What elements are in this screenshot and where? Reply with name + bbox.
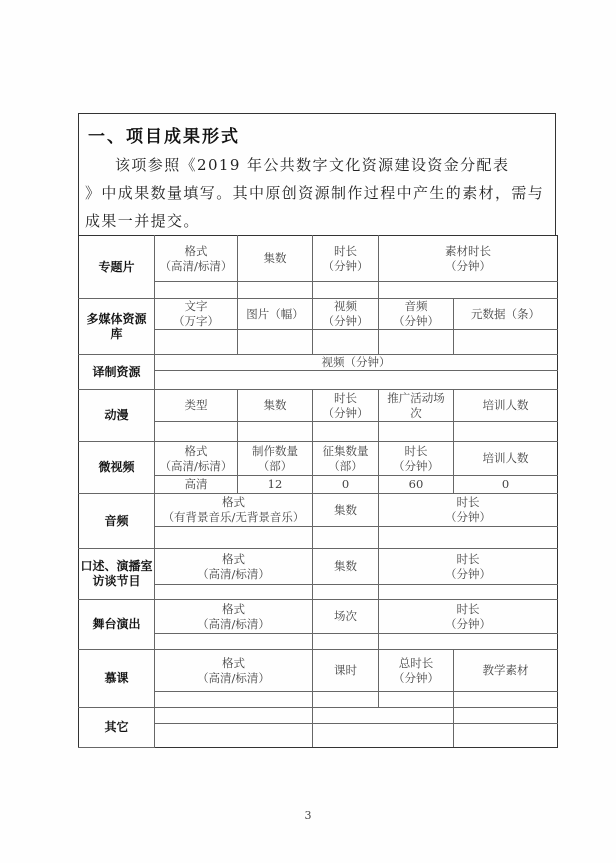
input-cell[interactable] xyxy=(238,282,313,299)
header-promotion-events: 推广活动场次 xyxy=(379,390,454,422)
input-cell[interactable] xyxy=(454,708,558,724)
input-cell[interactable] xyxy=(379,330,454,355)
section-title: 一、项目成果形式 xyxy=(88,122,240,147)
header-produced-count: 制作数量（部） xyxy=(238,442,313,476)
header-format: 格式（高清/标清） xyxy=(155,600,313,634)
input-cell[interactable] xyxy=(454,422,558,442)
header-duration: 时长（分钟） xyxy=(379,442,454,476)
input-cell[interactable] xyxy=(313,527,379,549)
header-type: 类型 xyxy=(155,390,238,422)
row-koushu-header: 口述、演播室访谈节目 格式（高清/标清） 集数 时长（分钟） xyxy=(79,549,558,585)
input-cell[interactable] xyxy=(454,692,558,708)
input-cell[interactable] xyxy=(313,282,379,299)
input-cell[interactable] xyxy=(313,692,379,708)
header-audio: 音频（分钟） xyxy=(379,299,454,330)
header-format: 格式（高清/标清） xyxy=(155,442,238,476)
input-cell[interactable] xyxy=(155,585,313,600)
row-yinpin-header: 音频 格式（有背景音乐/无背景音乐） 集数 时长（分钟） xyxy=(79,494,558,527)
header-total-duration: 总时长（分钟） xyxy=(379,650,454,692)
input-cell[interactable] xyxy=(313,708,454,724)
header-duration: 时长（分钟） xyxy=(313,236,379,282)
input-cell[interactable] xyxy=(313,585,379,600)
paragraph-line-2: 》中成果数量填写。其中原创资源制作过程中产生的素材，需与 xyxy=(85,184,544,202)
header-duration: 时长（分钟） xyxy=(313,390,379,422)
header-format: 格式（高清/标清） xyxy=(155,549,313,585)
header-format: 格式（高清/标清） xyxy=(155,650,313,692)
header-video-minutes: 视频（分钟） xyxy=(155,355,558,371)
page-number: 3 xyxy=(0,809,616,822)
paragraph-line-3: 成果一并提交。 xyxy=(85,212,200,230)
header-images: 图片（幅） xyxy=(238,299,313,330)
section-paragraph: 该项参照《2019 年公共数字文化资源建设资金分配表 》中成果数量填写。其中原创… xyxy=(85,151,551,235)
input-cell[interactable] xyxy=(238,422,313,442)
header-episodes: 集数 xyxy=(238,390,313,422)
input-cell[interactable] xyxy=(313,330,379,355)
section-header-box: 一、项目成果形式 该项参照《2019 年公共数字文化资源建设资金分配表 》中成果… xyxy=(78,113,556,235)
value-produced-count[interactable]: 12 xyxy=(238,476,313,494)
header-format: 格式（高清/标清） xyxy=(155,236,238,282)
row-zhuantipian-header: 专题片 格式（高清/标清） 集数 时长（分钟） 素材时长（分钟） xyxy=(79,236,558,282)
input-cell[interactable] xyxy=(155,422,238,442)
input-cell[interactable] xyxy=(155,692,313,708)
header-text: 文字（万字） xyxy=(155,299,238,330)
input-cell[interactable] xyxy=(379,634,558,650)
header-collected-count: 征集数量（部） xyxy=(313,442,379,476)
input-cell[interactable] xyxy=(379,527,558,549)
results-form-table: 专题片 格式（高清/标清） 集数 时长（分钟） 素材时长（分钟） 多媒体资源库 … xyxy=(78,235,558,748)
input-cell[interactable] xyxy=(155,282,238,299)
header-episodes: 集数 xyxy=(238,236,313,282)
header-sessions: 场次 xyxy=(313,600,379,634)
header-video: 视频（分钟） xyxy=(313,299,379,330)
label-dongman: 动漫 xyxy=(79,390,155,442)
row-wutai-header: 舞台演出 格式（高清/标清） 场次 时长（分钟） xyxy=(79,600,558,634)
input-cell[interactable] xyxy=(238,330,313,355)
input-cell[interactable] xyxy=(155,371,558,390)
header-duration: 时长（分钟） xyxy=(379,549,558,585)
row-dongman-header: 动漫 类型 集数 时长（分钟） 推广活动场次 培训人数 xyxy=(79,390,558,422)
header-trainees: 培训人数 xyxy=(454,390,558,422)
input-cell[interactable] xyxy=(379,422,454,442)
header-episodes: 集数 xyxy=(313,494,379,527)
paragraph-line-1: 该项参照《2019 年公共数字文化资源建设资金分配表 xyxy=(115,156,509,174)
value-format[interactable]: 高清 xyxy=(155,476,238,494)
document-page: 一、项目成果形式 该项参照《2019 年公共数字文化资源建设资金分配表 》中成果… xyxy=(0,0,616,863)
input-cell[interactable] xyxy=(454,724,558,748)
label-qita: 其它 xyxy=(79,708,155,748)
label-muke: 慕课 xyxy=(79,650,155,708)
row-muke-header: 慕课 格式（高清/标清） 课时 总时长（分钟） 教学素材 xyxy=(79,650,558,692)
header-material-duration: 素材时长（分钟） xyxy=(379,236,558,282)
row-qita-1: 其它 xyxy=(79,708,558,724)
header-class-hours: 课时 xyxy=(313,650,379,692)
input-cell[interactable] xyxy=(155,634,313,650)
input-cell[interactable] xyxy=(155,724,313,748)
input-cell[interactable] xyxy=(454,330,558,355)
label-koushu: 口述、演播室访谈节目 xyxy=(79,549,155,600)
header-metadata: 元数据（条） xyxy=(454,299,558,330)
value-trainees[interactable]: 0 xyxy=(454,476,558,494)
header-format: 格式（有背景音乐/无背景音乐） xyxy=(155,494,313,527)
row-duomeiti-header: 多媒体资源库 文字（万字） 图片（幅） 视频（分钟） 音频（分钟） 元数据（条） xyxy=(79,299,558,330)
header-trainees: 培训人数 xyxy=(454,442,558,476)
header-duration: 时长（分钟） xyxy=(379,494,558,527)
label-zhuantipian: 专题片 xyxy=(79,236,155,299)
label-duomeiti: 多媒体资源库 xyxy=(79,299,155,355)
header-teaching-materials: 教学素材 xyxy=(454,650,558,692)
header-episodes: 集数 xyxy=(313,549,379,585)
input-cell[interactable] xyxy=(313,422,379,442)
label-weishipin: 微视频 xyxy=(79,442,155,494)
header-duration: 时长（分钟） xyxy=(379,600,558,634)
input-cell[interactable] xyxy=(379,585,558,600)
value-collected-count[interactable]: 0 xyxy=(313,476,379,494)
row-weishipin-header: 微视频 格式（高清/标清） 制作数量（部） 征集数量（部） 时长（分钟） 培训人… xyxy=(79,442,558,476)
input-cell[interactable] xyxy=(379,692,454,708)
input-cell[interactable] xyxy=(155,708,313,724)
label-yizhi: 译制资源 xyxy=(79,355,155,390)
label-wutai: 舞台演出 xyxy=(79,600,155,650)
label-yinpin: 音频 xyxy=(79,494,155,549)
input-cell[interactable] xyxy=(155,527,313,549)
row-yizhi-header: 译制资源 视频（分钟） xyxy=(79,355,558,371)
value-duration[interactable]: 60 xyxy=(379,476,454,494)
input-cell[interactable] xyxy=(379,282,558,299)
input-cell[interactable] xyxy=(313,724,454,748)
input-cell[interactable] xyxy=(155,330,238,355)
input-cell[interactable] xyxy=(313,634,379,650)
